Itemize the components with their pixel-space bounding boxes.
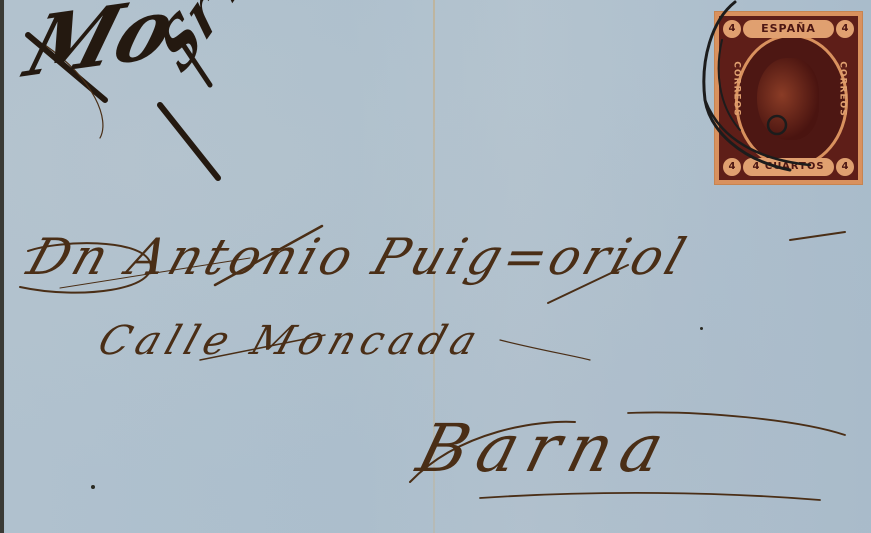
stamp-corner-value: 4 <box>723 20 741 38</box>
stamp-side-label-right: CORREOS <box>837 61 847 116</box>
postage-stamp: 4 4 4 4 ESPAÑA 4 CUARTOS CORREOS CORREOS <box>715 12 862 184</box>
stamp-corner-value: 4 <box>723 158 741 176</box>
address-line-street: Calle Moncada <box>93 318 489 364</box>
stamp-corner-value: 4 <box>836 20 854 38</box>
queen-portrait-icon <box>757 58 819 140</box>
envelope-cover: Mo Sr Fel Dn Antonio Puig=oriol Calle Mo… <box>0 0 871 533</box>
stamp-corner-value: 4 <box>836 158 854 176</box>
stamp-design: 4 4 4 4 ESPAÑA 4 CUARTOS CORREOS CORREOS <box>719 16 858 180</box>
stamp-country-label: ESPAÑA <box>743 20 834 38</box>
stamp-value-label: 4 CUARTOS <box>743 158 834 176</box>
address-line-city: Barna <box>410 410 682 487</box>
stamp-side-label-left: CORREOS <box>732 61 742 116</box>
address-line-name: Dn Antonio Puig=oriol <box>21 228 697 286</box>
